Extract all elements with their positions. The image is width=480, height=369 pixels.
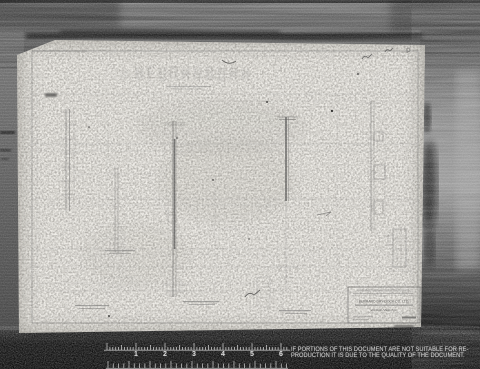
disclaimer-line-2: PRODUCTION IT IS DUE TO THE QUALITY OF T…	[291, 353, 471, 359]
quality-disclaimer: IF PORTIONS OF THIS DOCUMENT ARE NOT SUI…	[291, 347, 471, 359]
ruler-number: 3	[192, 351, 196, 358]
ruler-number: 4	[221, 351, 225, 358]
measurement-rulers	[0, 0, 480, 369]
ruler-number: 5	[250, 351, 254, 358]
ruler-number: 6	[279, 351, 283, 358]
ruler-number: 1	[134, 351, 138, 358]
ruler-lower-ticks	[108, 361, 287, 368]
ruler-inch-ticks	[107, 343, 287, 350]
microfilm-scan: BURRARD DRY DOCK CO. LTD. VANCOUVER, B.C…	[0, 0, 480, 369]
ruler-number: 2	[163, 351, 167, 358]
